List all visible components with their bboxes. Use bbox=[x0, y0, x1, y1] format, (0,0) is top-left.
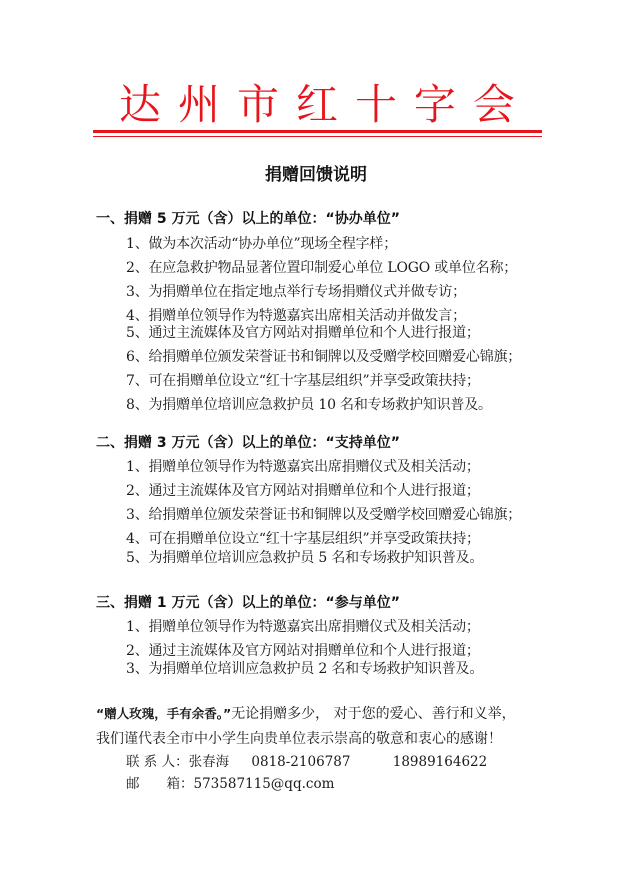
section-heading-1: 一、捐赠 5 万元（含）以上的单位：“协办单位” bbox=[96, 208, 400, 228]
list-item: 3、给捐赠单位颁发荣誉证书和铜牌以及受赠学校回赠爱心锦旗； bbox=[126, 504, 521, 524]
section-heading-2: 二、捐赠 3 万元（含）以上的单位：“支持单位” bbox=[96, 432, 400, 452]
title-char: 达 bbox=[119, 80, 161, 130]
email-label: 邮 箱： bbox=[126, 772, 194, 792]
list-item: 8、为捐赠单位培训应急救护员 10 名和专场救护知识普及。 bbox=[126, 394, 492, 414]
section-heading-3: 三、捐赠 1 万元（含）以上的单位：“参与单位” bbox=[96, 592, 400, 612]
title-char: 州 bbox=[178, 80, 220, 130]
list-item: 2、在应急救护物品显著位置印制爱心单位 LOGO 或单位名称； bbox=[126, 257, 517, 277]
title-char: 红 bbox=[296, 80, 338, 130]
closing-line-2: 我们谨代表全市中小学生向贵单位表示崇高的敬意和衷心的感谢！ bbox=[96, 728, 502, 748]
list-item: 1、捐赠单位领导作为特邀嘉宾出席捐赠仪式及相关活动； bbox=[126, 456, 480, 476]
closing-text: 无论捐赠多少， 对于您的爱心、善行和义举， bbox=[231, 706, 515, 722]
title-char: 会 bbox=[473, 80, 515, 130]
list-item: 1、捐赠单位领导作为特邀嘉宾出席捐赠仪式及相关活动； bbox=[126, 616, 480, 636]
organization-title: 达 州 市 红 十 字 会 bbox=[93, 80, 543, 130]
title-char: 十 bbox=[355, 80, 397, 130]
list-item: 2、通过主流媒体及官方网站对捐赠单位和个人进行报道； bbox=[126, 640, 480, 660]
title-char: 市 bbox=[237, 80, 279, 130]
list-item: 6、给捐赠单位颁发荣誉证书和铜牌以及受赠学校回赠爱心锦旗； bbox=[126, 346, 521, 366]
list-item: 7、可在捐赠单位设立“红十字基层组织”并享受政策扶持； bbox=[126, 370, 480, 390]
contact-mobile: 18989164622 bbox=[393, 754, 487, 770]
contact-label: 联 系 人： bbox=[126, 750, 189, 770]
email-address[interactable]: 573587115@qq.com bbox=[194, 776, 335, 792]
header-divider-thin bbox=[93, 136, 542, 137]
list-item: 3、为捐赠单位在指定地点举行专场捐赠仪式并做专访； bbox=[126, 281, 466, 301]
title-char: 字 bbox=[414, 80, 456, 130]
email-line: 邮 箱：573587115@qq.com bbox=[126, 772, 334, 792]
list-item: 3、为捐赠单位培训应急救护员 2 名和专场救护知识普及。 bbox=[126, 658, 483, 678]
document-title: 捐赠回馈说明 bbox=[0, 160, 632, 185]
list-item: 5、通过主流媒体及官方网站对捐赠单位和个人进行报道； bbox=[126, 322, 480, 342]
list-item: 4、可在捐赠单位设立“红十字基层组织”并享受政策扶持； bbox=[126, 528, 480, 548]
list-item: 2、通过主流媒体及官方网站对捐赠单位和个人进行报道； bbox=[126, 480, 480, 500]
contact-name: 张春海 bbox=[189, 750, 230, 770]
list-item: 1、做为本次活动“协办单位”现场全程字样； bbox=[126, 233, 397, 253]
closing-line-1: “赠人玫瑰，手有余香。”无论捐赠多少， 对于您的爱心、善行和义举， bbox=[96, 703, 516, 723]
contact-phone: 0818-2106787 bbox=[251, 754, 350, 770]
contact-line: 联 系 人：张春海 0818-2106787 18989164622 bbox=[126, 750, 487, 770]
list-item: 5、为捐赠单位培训应急救护员 5 名和专场救护知识普及。 bbox=[126, 547, 483, 567]
header-divider-thick bbox=[93, 130, 542, 133]
closing-quote: “赠人玫瑰，手有余香。” bbox=[96, 706, 231, 721]
